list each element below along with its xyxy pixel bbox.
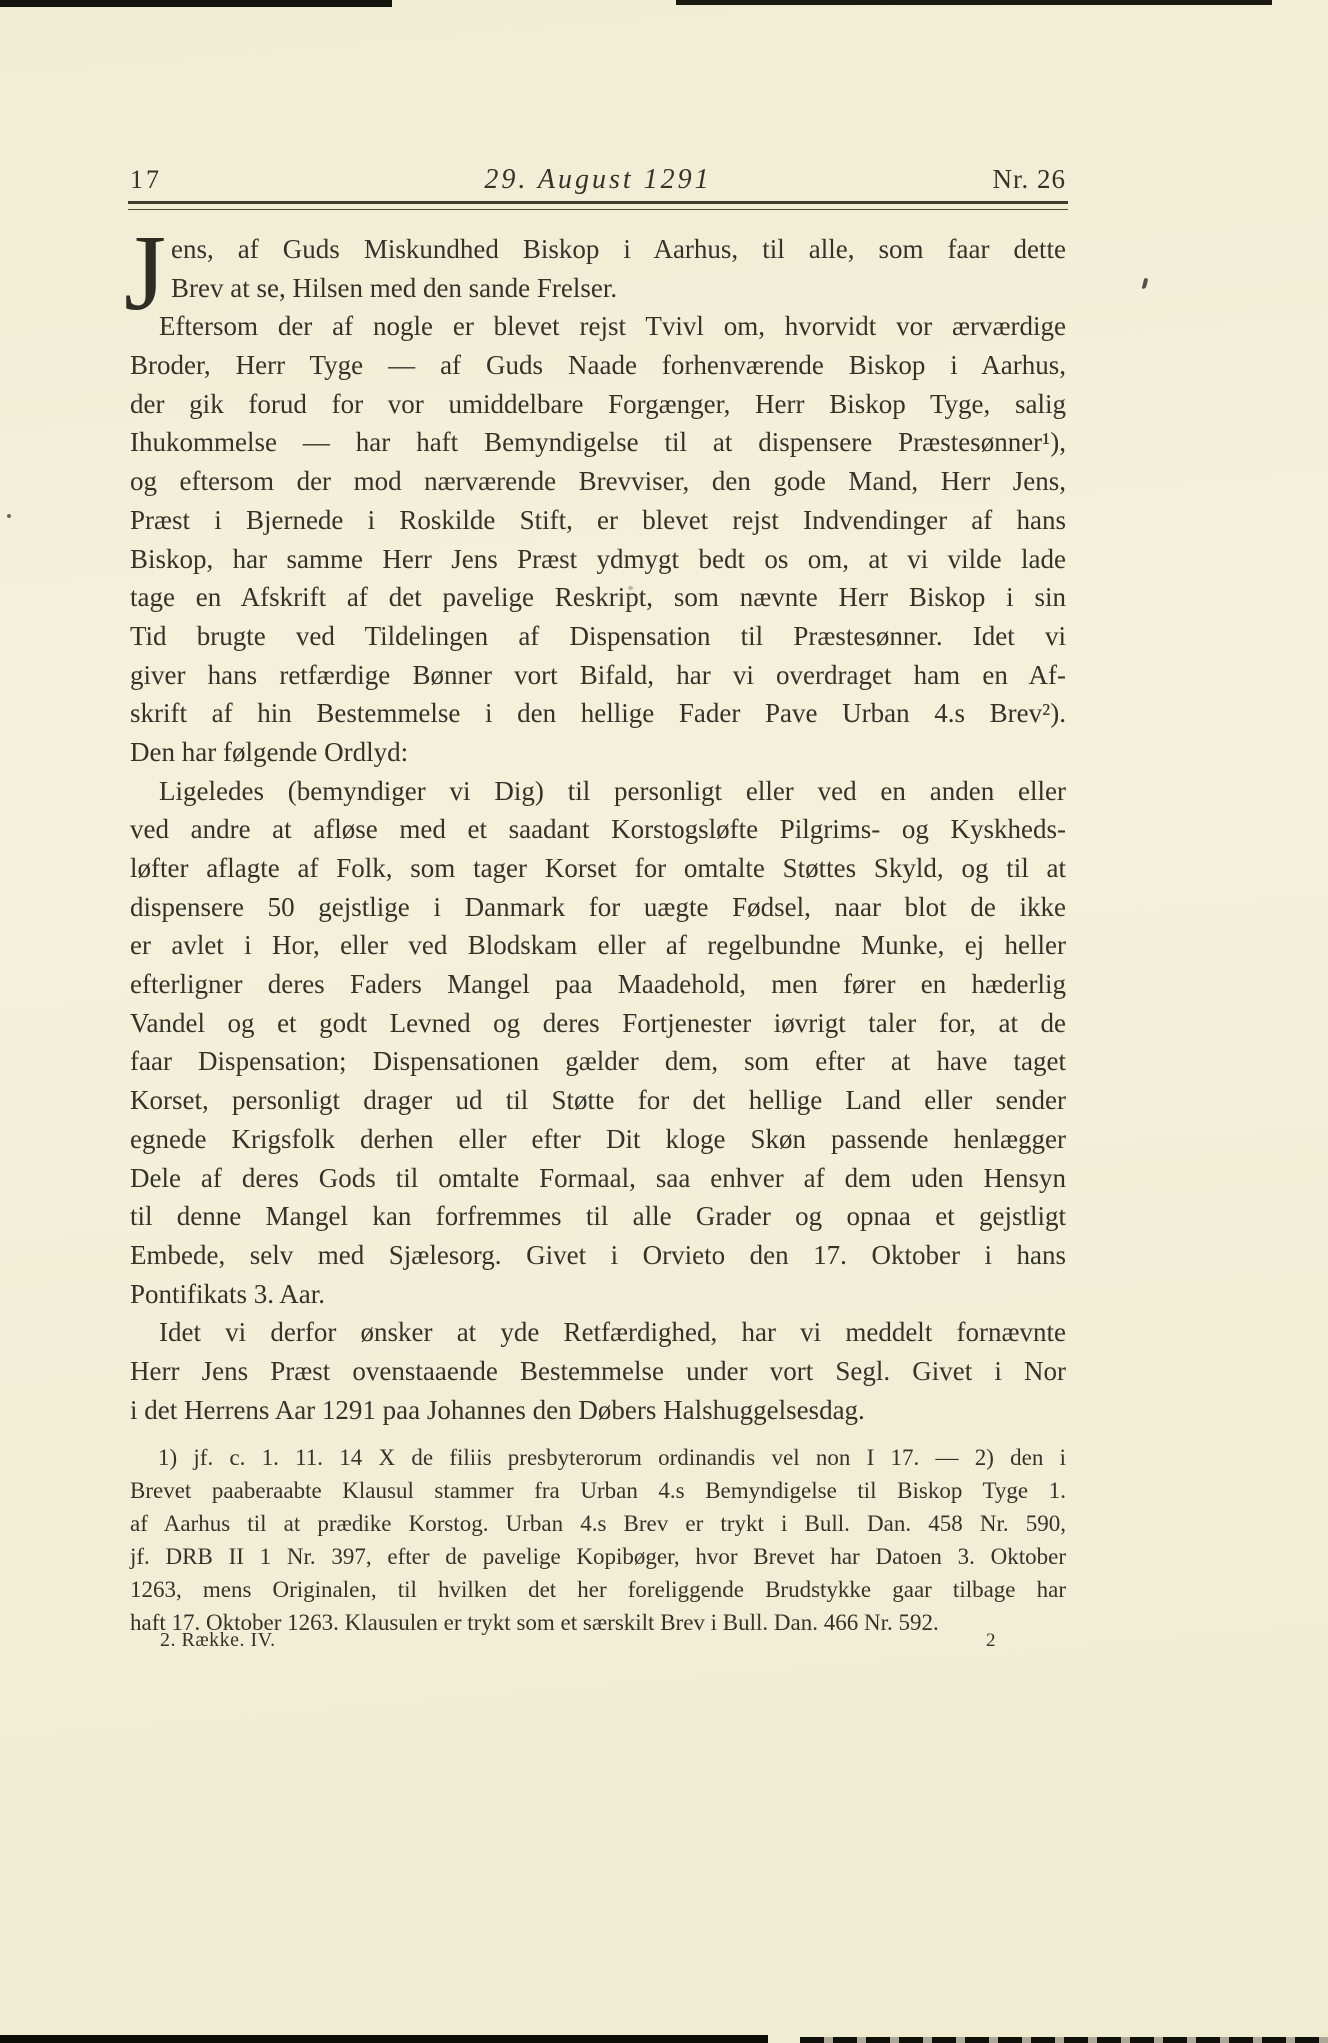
footnote-line: Brevet paaberaabte Klausul stammer fra U… — [130, 1474, 1066, 1507]
body-line: til denne Mangel kan forfremmes til alle… — [130, 1197, 1066, 1236]
body-line: ens, af Guds Miskundhed Biskop i Aarhus,… — [171, 230, 1066, 269]
scan-speck — [7, 514, 11, 518]
body-line: og eftersom der mod nærværende Brevviser… — [130, 462, 1066, 501]
body-line: efterligner deres Faders Mangel paa Maad… — [130, 965, 1066, 1004]
scan-speck — [1142, 278, 1149, 290]
scan-edge-mark-top-left — [0, 0, 392, 7]
footnote-line: 1) jf. c. 1. 11. 14 X de filiis presbyte… — [130, 1441, 1066, 1474]
opening-paragraph: J ens, af Guds Miskundhed Biskop i Aarhu… — [130, 230, 1066, 307]
running-head: 17 29. August 1291 Nr. 26 — [130, 164, 1066, 196]
body-line: Vandel og et godt Levned og deres Fortje… — [130, 1004, 1066, 1043]
scan-edge-mark-top-right — [676, 0, 1272, 5]
footnote-line: af Aarhus til at prædike Korstog. Urban … — [130, 1507, 1066, 1540]
body-line: er avlet i Hor, eller ved Blodskam eller… — [130, 926, 1066, 965]
footnotes: 1) jf. c. 1. 11. 14 X de filiis presbyte… — [130, 1441, 1066, 1639]
body-line: Embede, selv med Sjælesorg. Givet i Orvi… — [130, 1236, 1066, 1275]
body-line: skrift af hin Bestemmelse i den hellige … — [130, 694, 1066, 733]
body-line: i det Herrens Aar 1291 paa Johannes den … — [130, 1391, 1066, 1430]
body-line: dispensere 50 gejstlige i Danmark for uæ… — [130, 888, 1066, 927]
drop-cap: J — [124, 220, 166, 328]
body-line: Brev at se, Hilsen med den sande Frelser… — [171, 269, 1066, 308]
body-line: Herr Jens Præst ovenstaaende Bestemmelse… — [130, 1352, 1066, 1391]
page-number-left: 17 — [130, 165, 280, 195]
document-number: Nr. 26 — [916, 164, 1066, 195]
body-line: Ligeledes (bemyndiger vi Dig) til person… — [130, 772, 1066, 811]
body-line: ved andre at afløse med et saadant Korst… — [130, 810, 1066, 849]
body-line: faar Dispensation; Dispensationen gælder… — [130, 1042, 1066, 1081]
footnote-line: jf. DRB II 1 Nr. 397, efter de pavelige … — [130, 1540, 1066, 1573]
footer-signature-number: 2 — [986, 1630, 996, 1652]
body-line: Biskop, har samme Herr Jens Præst ydmygt… — [130, 540, 1066, 579]
letter-body: J ens, af Guds Miskundhed Biskop i Aarhu… — [130, 230, 1066, 1429]
running-head-date: 29. August 1291 — [280, 164, 916, 196]
body-line: Pontifikats 3. Aar. — [130, 1275, 1066, 1314]
body-line: tage en Afskrift af det pavelige Reskrip… — [130, 578, 1066, 617]
body-line: Idet vi derfor ønsker at yde Retfærdighe… — [130, 1313, 1066, 1352]
footnote-line: 1263, mens Originalen, til hvilken det h… — [130, 1573, 1066, 1606]
header-rule — [128, 201, 1068, 210]
body-line: Ihukommelse — har haft Bemyndigelse til … — [130, 423, 1066, 462]
body-line: giver hans retfærdige Bønner vort Bifald… — [130, 656, 1066, 695]
body-line: løfter aflagte af Folk, som tager Korset… — [130, 849, 1066, 888]
footer-series-label: 2. Række. IV. — [160, 1629, 276, 1652]
body-line: der gik forud for vor umiddelbare Forgæn… — [130, 385, 1066, 424]
body-line: Korset, personligt drager ud til Støtte … — [130, 1081, 1066, 1120]
body-line: Broder, Herr Tyge — af Guds Naade forhen… — [130, 346, 1066, 385]
body-line: Præst i Bjernede i Roskilde Stift, er bl… — [130, 501, 1066, 540]
body-line: egnede Krigsfolk derhen eller efter Dit … — [130, 1120, 1066, 1159]
body-line: Tid brugte ved Tildelingen af Dispensati… — [130, 617, 1066, 656]
body-line: Den har følgende Ordlyd: — [130, 733, 1066, 772]
body-line: Dele af deres Gods til omtalte Formaal, … — [130, 1159, 1066, 1198]
scan-edge-mark-bottom-left — [0, 2035, 768, 2043]
scan-edge-mark-bottom-right — [800, 2037, 1328, 2043]
body-line: Eftersom der af nogle er blevet rejst Tv… — [130, 307, 1066, 346]
